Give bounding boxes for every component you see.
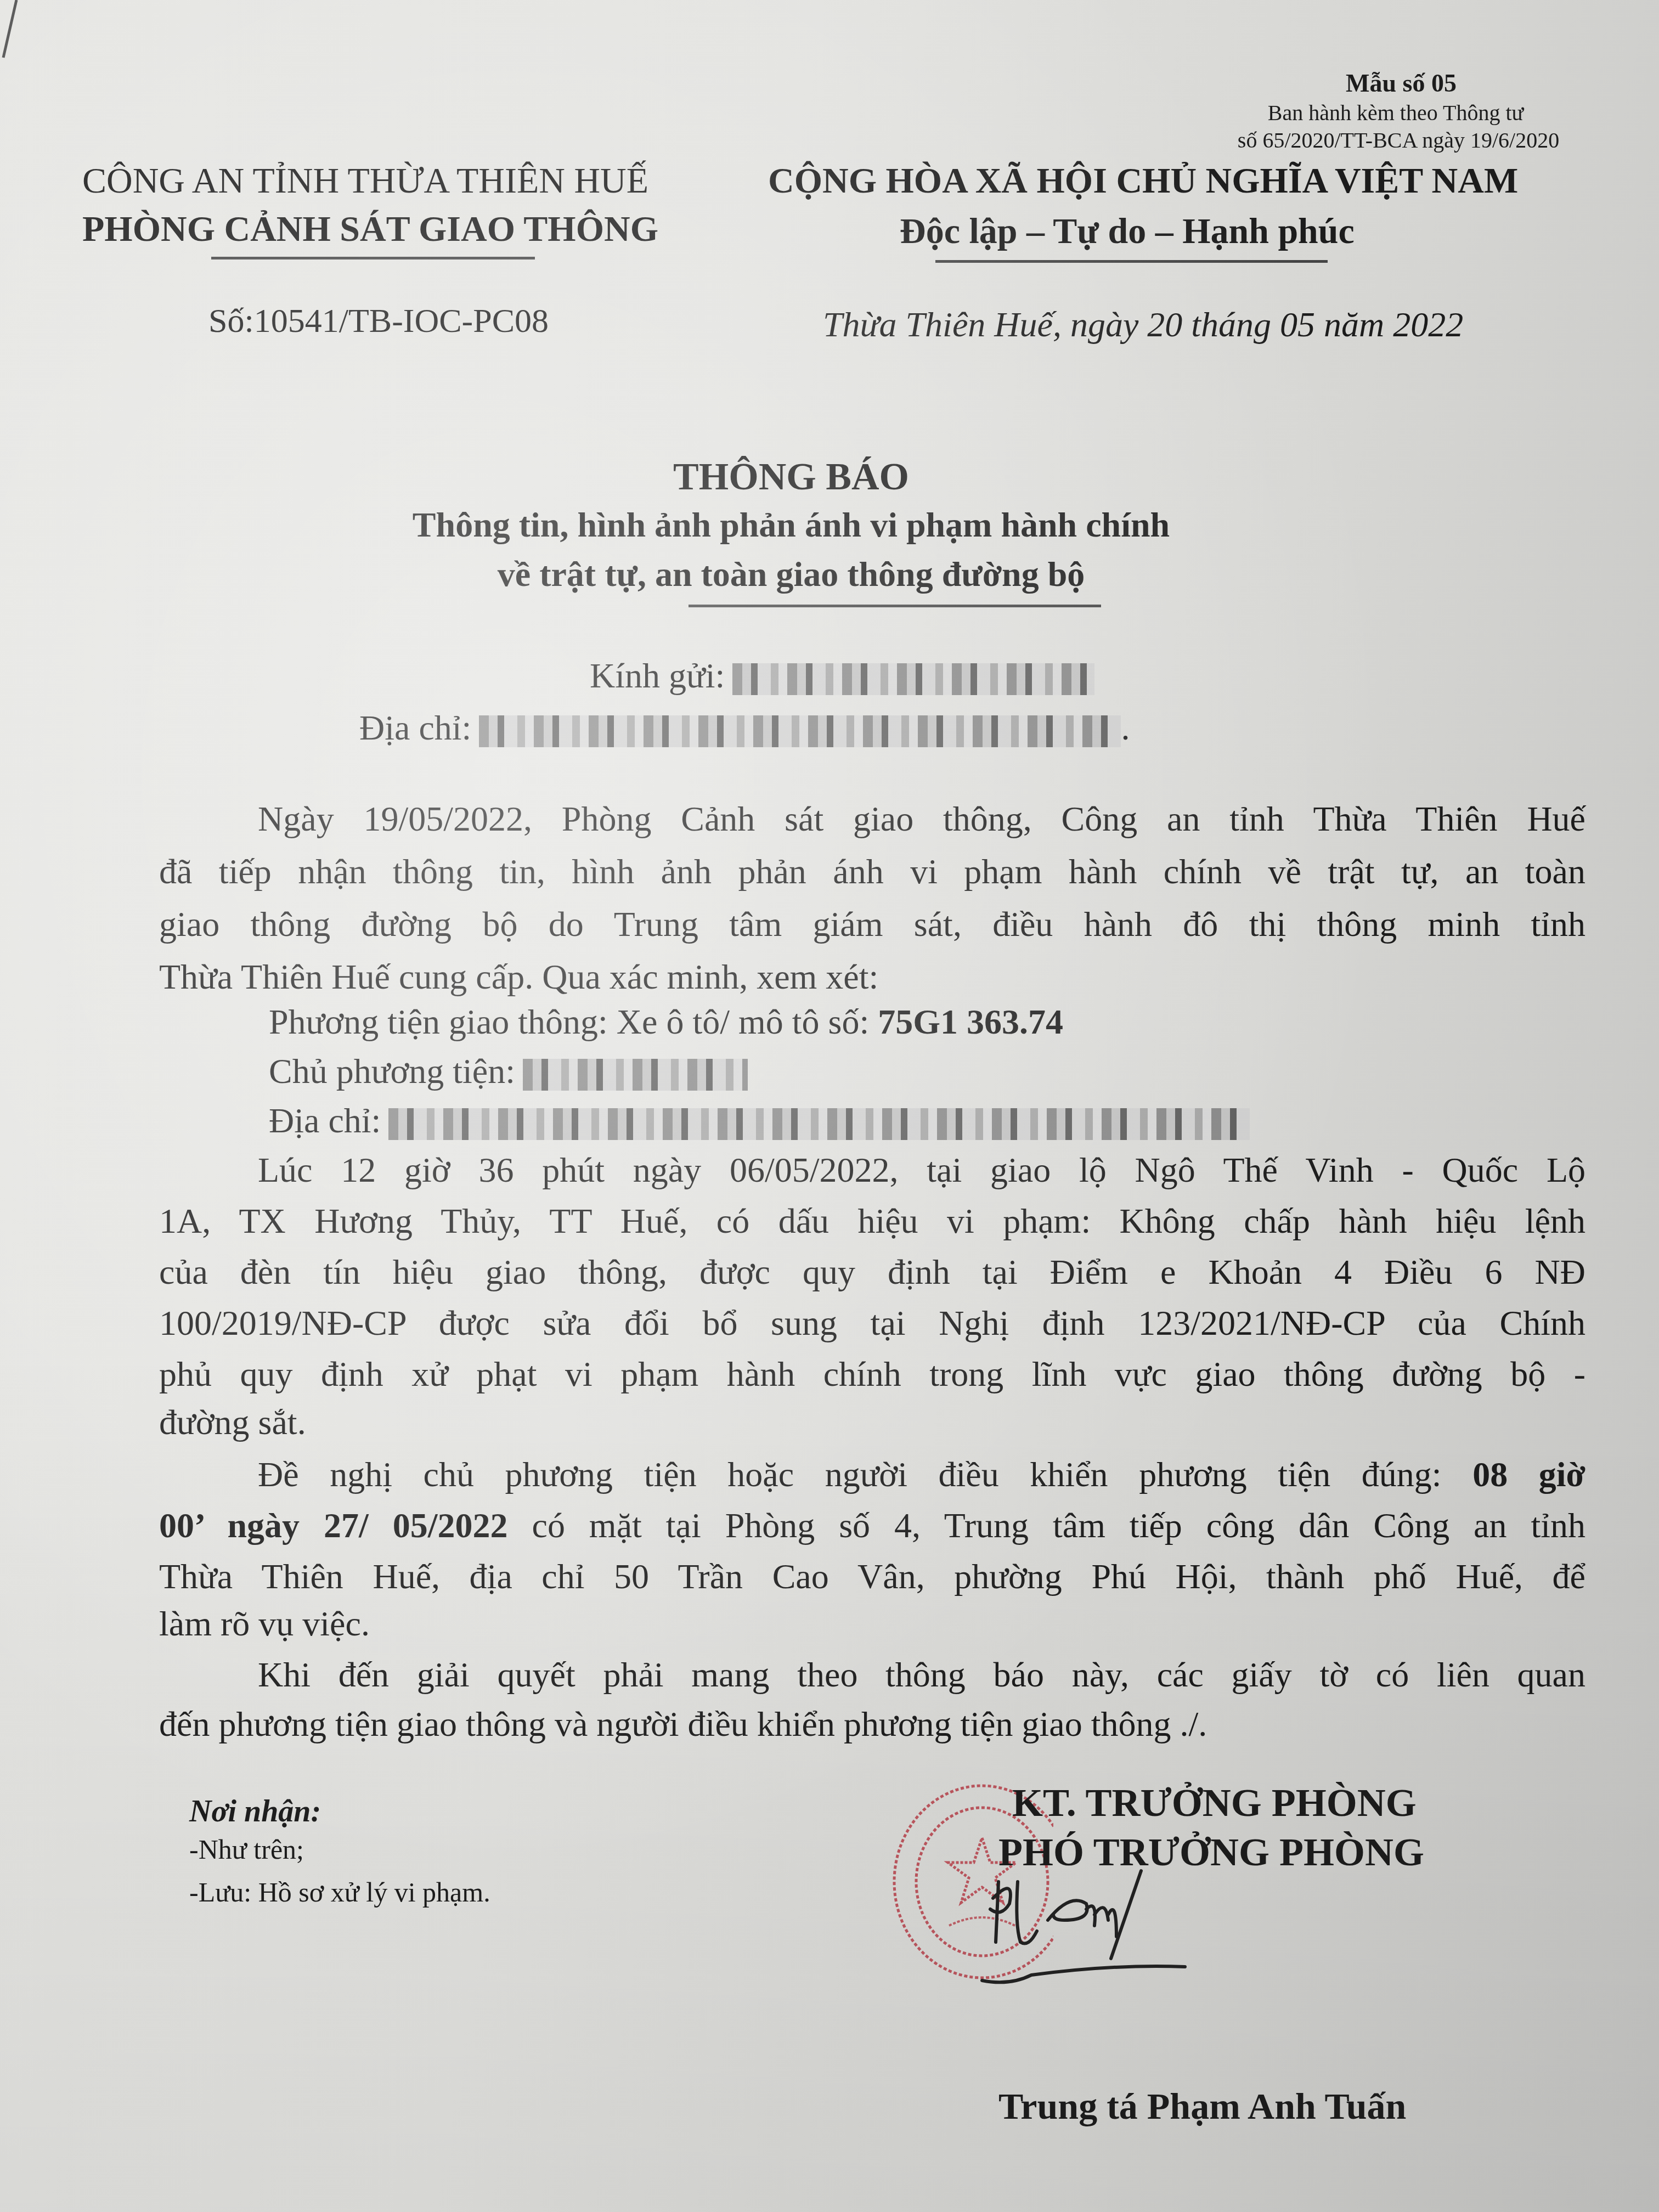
address-label: Địa chỉ: xyxy=(359,708,471,747)
vehicle-line: Phương tiện giao thông: Xe ô tô/ mô tô s… xyxy=(269,996,1063,1048)
signature-title-1: KT. TRƯỞNG PHÒNG xyxy=(1012,1780,1417,1826)
vehicle-plate: 75G1 363.74 xyxy=(878,1002,1063,1041)
pen-mark-icon xyxy=(0,0,22,66)
recipients-item: -Như trên; xyxy=(189,1833,304,1865)
para3-text: Đề nghị chủ phương tiện hoặc người điều … xyxy=(258,1455,1472,1494)
recipient-line: Kính gửi: xyxy=(590,656,1094,696)
para3-line: Thừa Thiên Huế, địa chỉ 50 Trần Cao Vân,… xyxy=(159,1550,1585,1603)
form-number: Mẫu số 05 xyxy=(1209,69,1593,98)
recipient-address-line: Địa chỉ:. xyxy=(359,708,1130,748)
redacted-recipient xyxy=(732,663,1094,695)
redacted-owner-address xyxy=(388,1108,1250,1140)
form-circular-ref: số 65/2020/TT-BCA ngày 19/6/2020 xyxy=(1190,127,1607,153)
para2-line: Lúc 12 giờ 36 phút ngày 06/05/2022, tại … xyxy=(258,1144,1585,1197)
para3-line: 00’ ngày 27/ 05/2022 có mặt tại Phòng số… xyxy=(159,1499,1585,1552)
recipient-label: Kính gửi: xyxy=(590,656,725,695)
para2-line: phủ quy định xử phạt vi phạm hành chính … xyxy=(159,1348,1585,1401)
agency-underline xyxy=(211,257,535,259)
redacted-address xyxy=(479,715,1121,747)
motto-underline xyxy=(935,260,1328,263)
para1-line: đã tiếp nhận thông tin, hình ảnh phản án… xyxy=(159,845,1585,898)
para4-line: Khi đến giải quyết phải mang theo thông … xyxy=(258,1649,1585,1701)
document-subtitle-1: Thông tin, hình ảnh phản ánh vi phạm hàn… xyxy=(0,505,1621,545)
para2-line: 1A, TX Hương Thủy, TT Huế, có dấu hiệu v… xyxy=(159,1195,1585,1248)
recipients-item: -Lưu: Hồ sơ xử lý vi phạm. xyxy=(189,1876,490,1908)
redacted-owner xyxy=(523,1059,748,1091)
owner-address-line: Địa chỉ: xyxy=(269,1094,1250,1147)
para2-line: đường sắt. xyxy=(159,1396,1585,1449)
para3-line: Đề nghị chủ phương tiện hoặc người điều … xyxy=(258,1448,1585,1501)
owner-address-label: Địa chỉ: xyxy=(269,1101,381,1140)
para2-line: của đèn tín hiệu giao thông, được quy đị… xyxy=(159,1246,1585,1299)
document-number: Số:10541/TB-IOC-PC08 xyxy=(208,302,549,341)
signature-title-2: PHÓ TRƯỞNG PHÒNG xyxy=(998,1830,1424,1875)
para2-line: 100/2019/NĐ-CP được sửa đổi bổ sung tại … xyxy=(159,1297,1585,1350)
para3-line: làm rõ vụ việc. xyxy=(159,1598,1585,1650)
document-title: THÔNG BÁO xyxy=(0,455,1621,499)
document-subtitle-2: về trật tự, an toàn giao thông đường bộ xyxy=(0,554,1621,595)
para4-line: đến phương tiện giao thông và người điều… xyxy=(159,1698,1585,1751)
place-date: Thừa Thiên Huế, ngày 20 tháng 05 năm 202… xyxy=(823,304,1463,345)
para1-line: giao thông đường bộ do Trung tâm giám sá… xyxy=(159,898,1585,951)
national-title: CỘNG HÒA XÃ HỘI CHỦ NGHĨA VIỆT NAM xyxy=(768,160,1518,202)
owner-line: Chủ phương tiện: xyxy=(269,1045,748,1098)
signature-icon xyxy=(977,1865,1207,2008)
agency-name: CÔNG AN TỈNH THỪA THIÊN HUẾ xyxy=(82,160,648,202)
appointment-time: 08 giờ xyxy=(1472,1455,1585,1494)
vehicle-label: Phương tiện giao thông: Xe ô tô/ mô tô s… xyxy=(269,1002,878,1041)
agency-department: PHÒNG CẢNH SÁT GIAO THÔNG xyxy=(82,208,658,250)
signer-name: Trung tá Phạm Anh Tuấn xyxy=(998,2085,1406,2128)
appointment-date: 00’ ngày 27/ 05/2022 xyxy=(159,1506,508,1545)
para1-line: Ngày 19/05/2022, Phòng Cảnh sát giao thô… xyxy=(258,793,1585,845)
para3-text: có mặt tại Phòng số 4, Trung tâm tiếp cô… xyxy=(508,1506,1585,1545)
national-motto: Độc lập – Tự do – Hạnh phúc xyxy=(900,211,1355,252)
owner-label: Chủ phương tiện: xyxy=(269,1052,515,1091)
title-underline xyxy=(689,605,1101,607)
address-suffix: . xyxy=(1121,708,1130,747)
document-page: Mẫu số 05 Ban hành kèm theo Thông tư số … xyxy=(0,0,1659,2212)
recipients-title: Nơi nhận: xyxy=(189,1794,321,1829)
form-issued-with: Ban hành kèm theo Thông tư xyxy=(1187,100,1604,126)
